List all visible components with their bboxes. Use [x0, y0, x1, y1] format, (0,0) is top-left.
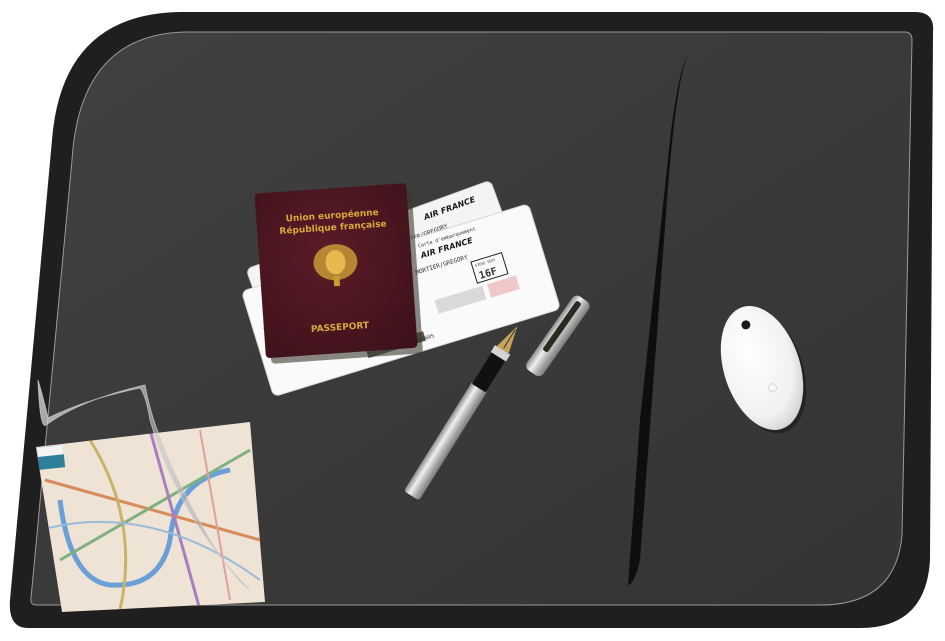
metro-map: [36, 422, 265, 612]
passport: Union européenne République française PA…: [254, 183, 423, 365]
desk-mat-scene: ETKT AIR FRANCE MORTIER/GREGORY NCE Cart…: [0, 0, 945, 641]
